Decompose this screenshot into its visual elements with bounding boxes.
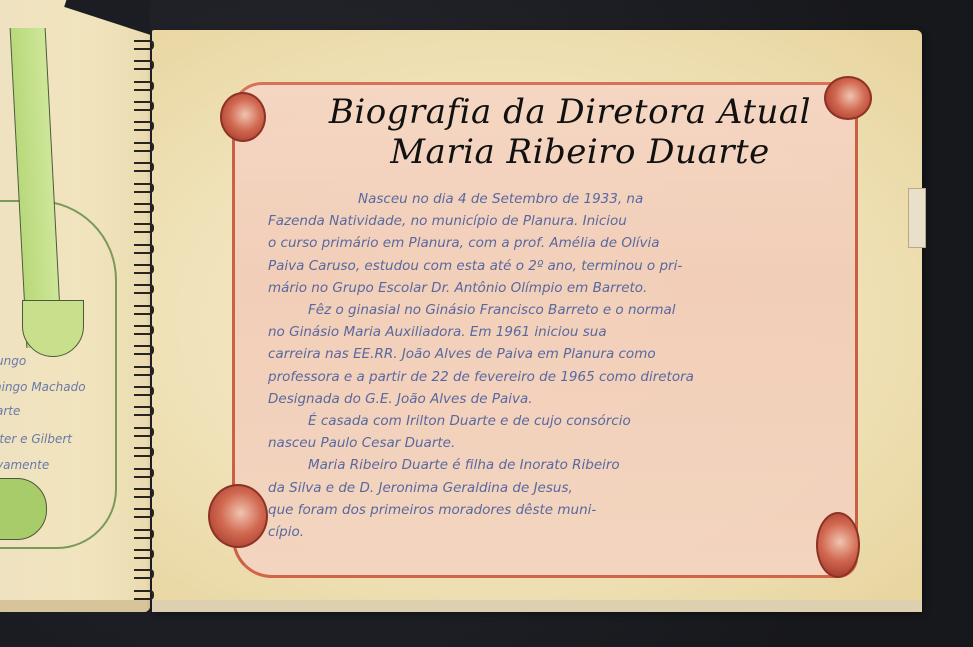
spiral-coil <box>134 447 154 457</box>
spiral-coil <box>134 60 154 70</box>
spiral-coil <box>134 284 154 294</box>
body-line: da Silva e de D. Jeronima Geraldina de J… <box>268 477 848 499</box>
body-line: nasceu Paulo Cesar Duarte. <box>268 432 848 454</box>
spiral-coil <box>134 121 154 131</box>
left-text-fragment: arte <box>0 404 20 418</box>
body-line: carreira nas EE.RR. João Alves de Paiva … <box>268 343 848 365</box>
body-line: o curso primário em Planura, com a prof.… <box>268 232 848 254</box>
spiral-coil <box>134 366 154 376</box>
spiral-coil <box>134 345 154 355</box>
body-line: Fêz o ginasial no Ginásio Francisco Barr… <box>268 299 848 321</box>
spiral-coil <box>134 468 154 478</box>
spiral-coil <box>134 264 154 274</box>
body-line: no Ginásio Maria Auxiliadora. Em 1961 in… <box>268 321 848 343</box>
left-text-fragment: ningo Machado <box>0 380 86 394</box>
spiral-coil <box>134 529 154 539</box>
body-line: que foram dos primeiros moradores dêste … <box>268 499 848 521</box>
tape-tab <box>908 188 926 248</box>
scroll-curl-bottom-left <box>208 484 268 548</box>
spiral-coil <box>134 305 154 315</box>
spiral-coil <box>134 325 154 335</box>
body-line: mário no Grupo Escolar Dr. Antônio Olímp… <box>268 277 848 299</box>
spiral-coil <box>134 406 154 416</box>
left-text-fragment: ungo <box>0 354 26 368</box>
spiral-coil <box>134 183 154 193</box>
scroll-curl-top-right <box>824 76 872 120</box>
body-line: Paiva Caruso, estudou com esta até o 2º … <box>268 255 848 277</box>
spiral-coil <box>134 508 154 518</box>
body-line: Nasceu no dia 4 de Setembro de 1933, na <box>268 188 848 210</box>
spiral-coil <box>134 427 154 437</box>
biography-subject-name: Maria Ribeiro Duarte <box>360 132 800 172</box>
left-text-fragment: vamente <box>0 458 49 472</box>
left-text-fragment: lter e Gilbert <box>0 432 72 446</box>
body-line: Maria Ribeiro Duarte é filha de Inorato … <box>268 454 848 476</box>
spiral-binding <box>128 40 158 600</box>
body-line: professora e a partir de 22 de fevereiro… <box>268 366 848 388</box>
spiral-coil <box>134 162 154 172</box>
body-line: É casada com Irilton Duarte e de cujo co… <box>268 410 848 432</box>
scroll-curl-top-left <box>220 92 266 142</box>
notebook-spread: ungo ningo Machado arte lter e Gilbert v… <box>0 0 973 647</box>
biography-title: Biografia da Diretora Atual <box>320 92 820 132</box>
body-line: Fazenda Natividade, no município de Plan… <box>268 210 848 232</box>
spiral-coil <box>134 142 154 152</box>
spiral-coil <box>134 40 154 50</box>
spiral-coil <box>134 569 154 579</box>
body-line: Designada do G.E. João Alves de Paiva. <box>268 388 848 410</box>
spiral-coil <box>134 549 154 559</box>
body-line: cípio. <box>268 521 848 543</box>
biography-body: Nasceu no dia 4 de Setembro de 1933, na … <box>268 188 848 543</box>
spiral-coil <box>134 244 154 254</box>
spiral-coil <box>134 386 154 396</box>
spiral-coil <box>134 101 154 111</box>
spiral-coil <box>134 81 154 91</box>
spiral-coil <box>134 590 154 600</box>
spiral-coil <box>134 488 154 498</box>
spiral-coil <box>134 223 154 233</box>
page-bottom-edge <box>152 600 922 612</box>
spiral-coil <box>134 203 154 213</box>
